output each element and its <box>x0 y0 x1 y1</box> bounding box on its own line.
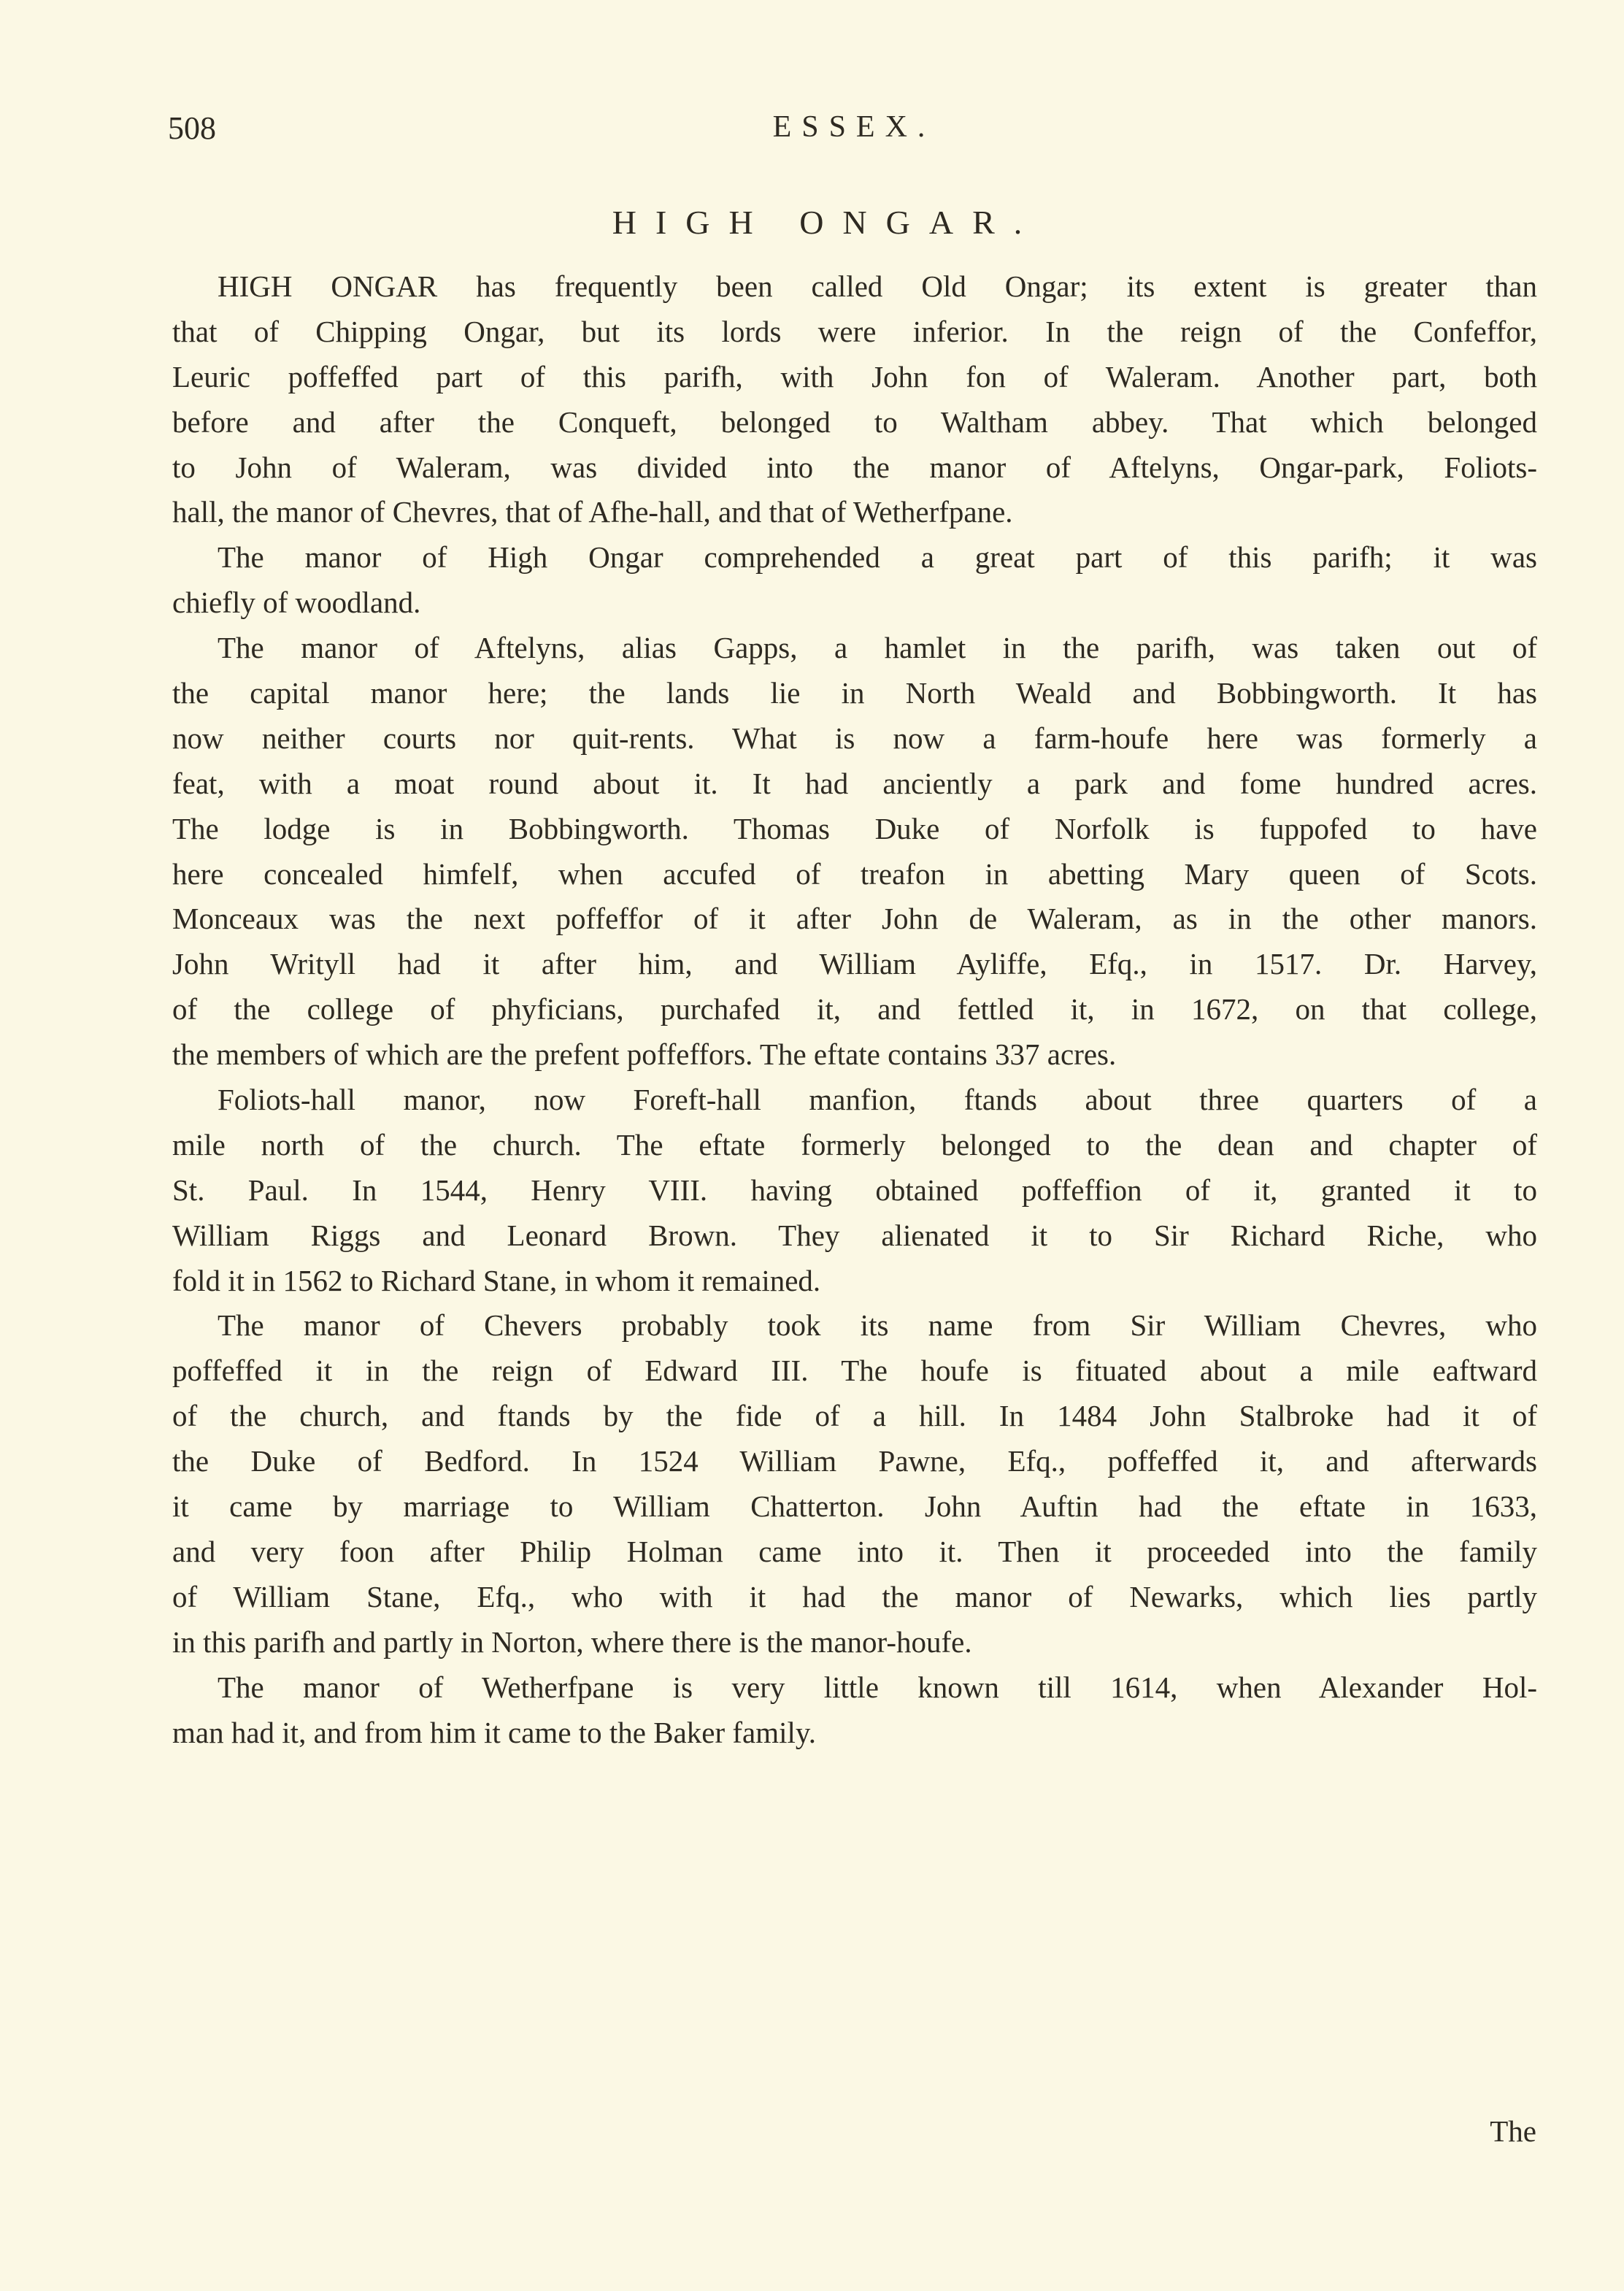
text-line: of the church, and ftands by the fide of… <box>172 1394 1537 1439</box>
text-line: HIGH ONGAR has frequently been called Ol… <box>172 264 1537 310</box>
text-line: Monceaux was the next poffeffor of it af… <box>172 897 1537 942</box>
body-text: HIGH ONGAR has frequently been called Ol… <box>172 264 1537 1755</box>
text-line: now neither courts nor quit-rents. What … <box>172 716 1537 761</box>
text-line: fold it in 1562 to Richard Stane, in who… <box>172 1259 1537 1304</box>
text-line: of the college of phyficians, purchafed … <box>172 987 1537 1032</box>
text-line: chiefly of woodland. <box>172 580 1537 626</box>
text-line: The manor of Aftelyns, alias Gapps, a ha… <box>172 626 1537 671</box>
text-line: feat, with a moat round about it. It had… <box>172 761 1537 807</box>
text-line: in this parifh and partly in Norton, whe… <box>172 1620 1537 1665</box>
text-line: Foliots-hall manor, now Foreft-hall manf… <box>172 1078 1537 1123</box>
text-line: here concealed himfelf, when accufed of … <box>172 852 1537 897</box>
text-line: of William Stane, Efq., who with it had … <box>172 1575 1537 1620</box>
text-line: hall, the manor of Chevres, that of Afhe… <box>172 490 1537 535</box>
text-line: the capital manor here; the lands lie in… <box>172 671 1537 716</box>
running-head: 508 ESSEX. <box>168 110 1540 153</box>
text-line: to John of Waleram, was divided into the… <box>172 445 1537 491</box>
catchword: The <box>1490 2114 1536 2149</box>
text-line: the Duke of Bedford. In 1524 William Paw… <box>172 1439 1537 1484</box>
text-line: and very foon after Philip Holman came i… <box>172 1530 1537 1575</box>
text-line: The manor of High Ongar comprehended a g… <box>172 535 1537 580</box>
text-line: it came by marriage to William Chatterto… <box>172 1484 1537 1530</box>
text-line: St. Paul. In 1544, Henry VIII. having ob… <box>172 1168 1537 1213</box>
text-line: man had it, and from him it came to the … <box>172 1711 1537 1756</box>
text-line: Leuric poffeffed part of this parifh, wi… <box>172 355 1537 400</box>
text-line: before and after the Conqueft, belonged … <box>172 400 1537 445</box>
section-title: HIGH ONGAR. <box>0 203 1624 242</box>
text-line: The manor of Chevers probably took its n… <box>172 1303 1537 1348</box>
text-line: The manor of Wetherfpane is very little … <box>172 1665 1537 1711</box>
text-line: John Writyll had it after him, and Willi… <box>172 942 1537 987</box>
text-line: that of Chipping Ongar, but its lords we… <box>172 310 1537 355</box>
text-line: mile north of the church. The eftate for… <box>172 1123 1537 1168</box>
running-title: ESSEX. <box>168 110 1540 145</box>
text-line: William Riggs and Leonard Brown. They al… <box>172 1213 1537 1259</box>
text-line: poffeffed it in the reign of Edward III.… <box>172 1348 1537 1394</box>
book-page: 508 ESSEX. HIGH ONGAR. HIGH ONGAR has fr… <box>0 0 1624 2291</box>
text-line: The lodge is in Bobbingworth. Thomas Duk… <box>172 807 1537 852</box>
text-line: the members of which are the prefent pof… <box>172 1032 1537 1078</box>
